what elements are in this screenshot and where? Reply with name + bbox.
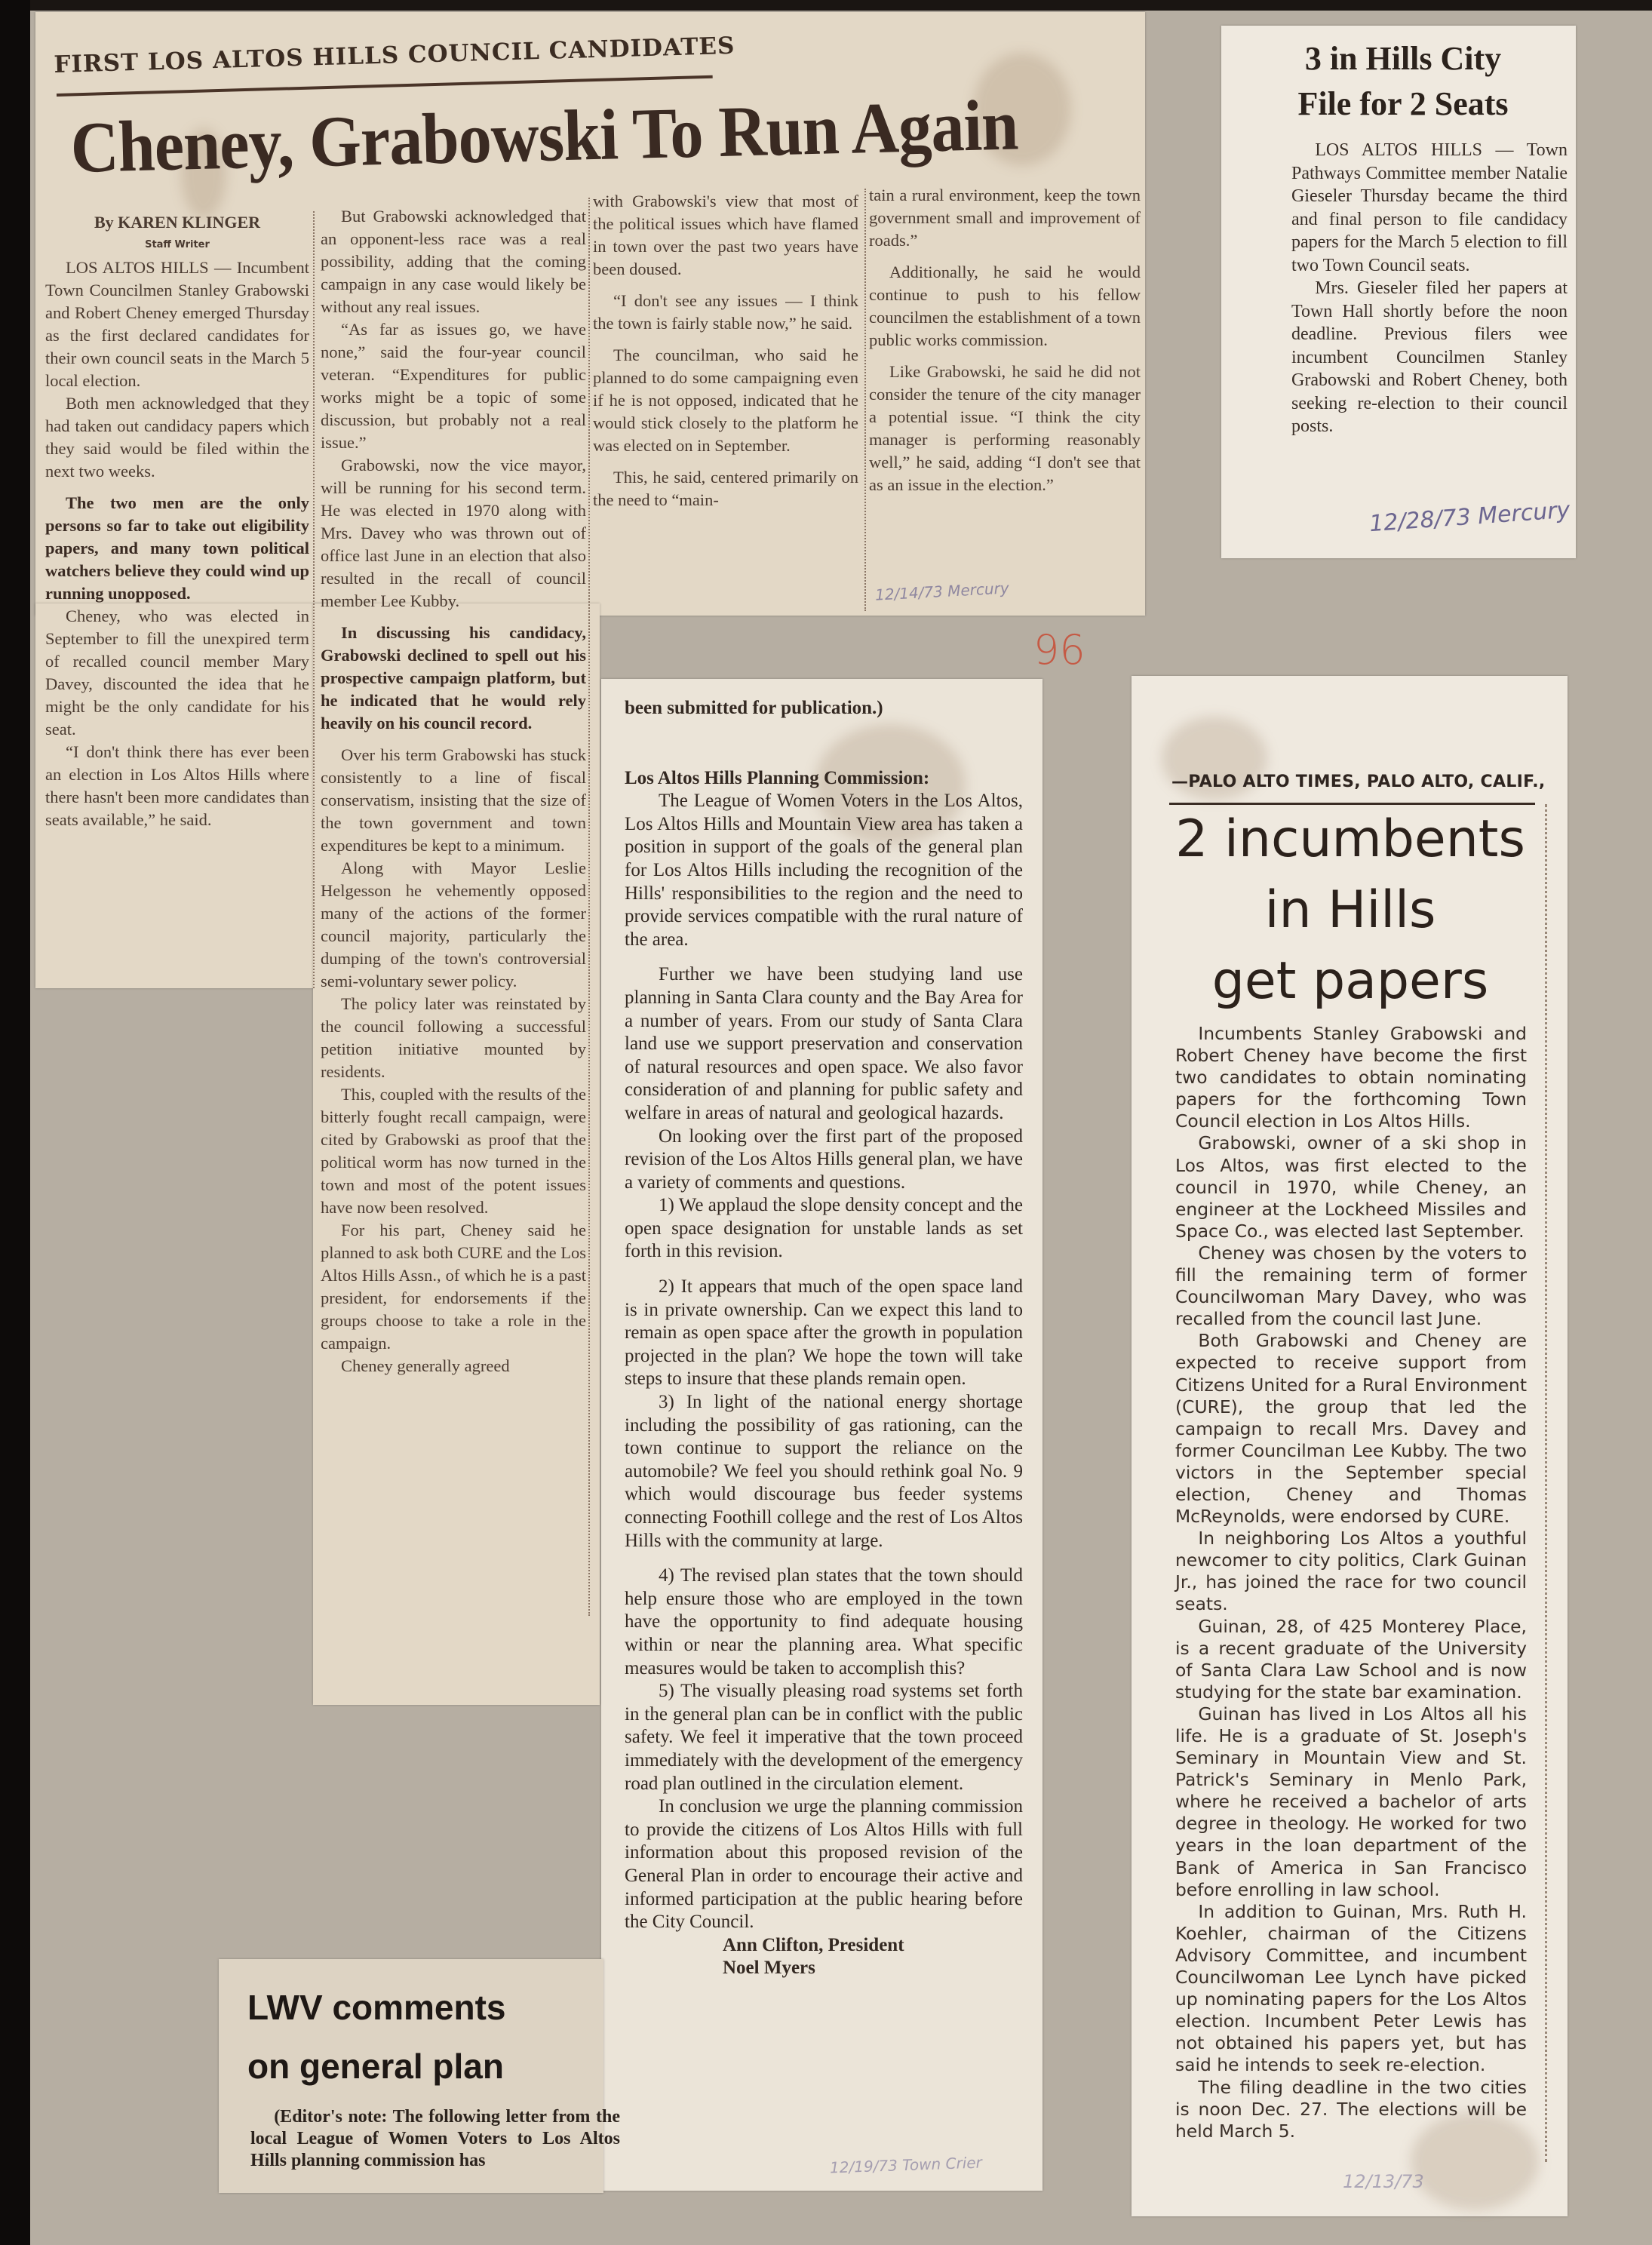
editors-note: (Editor's note: The following letter fro… bbox=[250, 2106, 620, 2172]
paragraph: Incumbents Stanley Grabowski and Robert … bbox=[1175, 1023, 1527, 1132]
paragraph: In addition to Guinan, Mrs. Ruth H. Koeh… bbox=[1175, 1901, 1527, 2077]
paragraph: LOS ALTOS HILLS — Town Pathways Committe… bbox=[1291, 139, 1568, 277]
headline-line-2: in Hills bbox=[1162, 875, 1539, 946]
headline-line-3: get papers bbox=[1162, 946, 1539, 1017]
paragraph: But Grabowski acknowledged that an oppon… bbox=[321, 205, 586, 318]
lwv-letter-body: been submitted for publication.) Los Alt… bbox=[625, 697, 1023, 1980]
page-top-edge bbox=[30, 0, 1652, 11]
paragraph: The councilman, who said he planned to d… bbox=[593, 344, 858, 457]
mercury-body: LOS ALTOS HILLS — Town Pathways Committe… bbox=[1291, 139, 1568, 438]
signature: Ann Clifton, President bbox=[625, 1934, 1023, 1958]
page-number: 96 bbox=[1033, 626, 1085, 674]
headline-line-1: 3 in Hills City bbox=[1237, 36, 1569, 81]
mercury-headline: 3 in Hills City File for 2 Seats bbox=[1237, 36, 1569, 127]
paragraph: Guinan has lived in Los Altos all his li… bbox=[1175, 1703, 1527, 1901]
paragraph: This, coupled with the results of the bi… bbox=[321, 1083, 586, 1219]
article-column-3: with Grabowski's view that most of the p… bbox=[593, 190, 858, 511]
paragraph: with Grabowski's view that most of the p… bbox=[593, 190, 858, 281]
paragraph: 5) The visually pleasing road systems se… bbox=[625, 1680, 1023, 1795]
paragraph: Guinan, 28, of 425 Monterey Place, is a … bbox=[1175, 1616, 1527, 1703]
editors-note-continuation: been submitted for publication.) bbox=[625, 697, 1023, 720]
article-column-4: tain a rural environment, keep the town … bbox=[869, 184, 1141, 496]
byline: By KAREN KLINGER bbox=[45, 211, 309, 234]
headline-line-1: LWV comments bbox=[247, 1978, 506, 2037]
paragraph: Cheney generally agreed bbox=[321, 1355, 586, 1377]
letter-salutation: Los Altos Hills Planning Commission: bbox=[625, 767, 1023, 791]
headline-line-1: 2 incumbents bbox=[1162, 804, 1539, 875]
paragraph: Cheney was chosen by the voters to fill … bbox=[1175, 1242, 1527, 1330]
column-divider bbox=[313, 211, 315, 988]
paragraph: LOS ALTOS HILLS — Incumbent Town Council… bbox=[45, 256, 309, 392]
paragraph: Both men acknowledged that they had take… bbox=[45, 392, 309, 483]
article-column-2: But Grabowski acknowledged that an oppon… bbox=[321, 205, 586, 1377]
byline-role: Staff Writer bbox=[45, 234, 309, 256]
headline-line-2: File for 2 Seats bbox=[1237, 81, 1569, 127]
paragraph: Further we have been studying land use p… bbox=[625, 963, 1023, 1125]
handwritten-date-note: 12/13/73 bbox=[1343, 2171, 1424, 2192]
palo-alto-body: Incumbents Stanley Grabowski and Robert … bbox=[1175, 1023, 1527, 2142]
paragraph: The policy later was reinstated by the c… bbox=[321, 993, 586, 1083]
paragraph: For his part, Cheney said he planned to … bbox=[321, 1219, 586, 1355]
paragraph: 1) We applaud the slope density concept … bbox=[625, 1194, 1023, 1264]
paragraph: Like Grabowski, he said he did not consi… bbox=[869, 361, 1141, 496]
paragraph: The two men are the only persons so far … bbox=[45, 492, 309, 605]
lwv-headline: LWV comments on general plan bbox=[247, 1978, 506, 2096]
paragraph: 4) The revised plan states that the town… bbox=[625, 1565, 1023, 1680]
paragraph: Along with Mayor Leslie Helgesson he veh… bbox=[321, 857, 586, 993]
paragraph: In conclusion we urge the planning commi… bbox=[625, 1795, 1023, 1934]
column-divider bbox=[864, 189, 867, 611]
paragraph: Grabowski, owner of a ski shop in Los Al… bbox=[1175, 1132, 1527, 1242]
paragraph: In neighboring Los Altos a youthful newc… bbox=[1175, 1528, 1527, 1615]
paragraph: 3) In light of the national energy short… bbox=[625, 1391, 1023, 1552]
paragraph: 2) It appears that much of the open spac… bbox=[625, 1276, 1023, 1391]
paragraph: Mrs. Gieseler filed her papers at Town H… bbox=[1291, 277, 1568, 438]
article-column-1: By KAREN KLINGER Staff Writer LOS ALTOS … bbox=[45, 211, 309, 831]
clipping-perforated-edge bbox=[1545, 804, 1547, 2162]
paragraph: Additionally, he said he would continue … bbox=[869, 261, 1141, 352]
paragraph: On looking over the first part of the pr… bbox=[625, 1126, 1023, 1195]
column-divider bbox=[588, 198, 591, 1616]
paragraph: “As far as issues go, we have none,” sai… bbox=[321, 318, 586, 454]
paragraph: The League of Women Voters in the Los Al… bbox=[625, 790, 1023, 951]
paragraph: This, he said, centered primarily on the… bbox=[593, 466, 858, 511]
paragraph: “I don't see any issues — I think the to… bbox=[593, 290, 858, 335]
palo-alto-headline: 2 incumbents in Hills get papers bbox=[1162, 804, 1539, 1017]
paragraph: “I don't think there has ever been an el… bbox=[45, 741, 309, 831]
newspaper-dateline: —PALO ALTO TIMES, PALO ALTO, CALIF., bbox=[1171, 772, 1546, 791]
paragraph: Cheney, who was elected in September to … bbox=[45, 605, 309, 741]
headline-line-2: on general plan bbox=[247, 2037, 506, 2096]
signature: Noel Myers bbox=[625, 1957, 1023, 1980]
paragraph: Both Grabowski and Cheney are expected t… bbox=[1175, 1330, 1527, 1528]
paragraph: The filing deadline in the two cities is… bbox=[1175, 2077, 1527, 2142]
paragraph: tain a rural environment, keep the town … bbox=[869, 184, 1141, 252]
paragraph: Over his term Grabowski has stuck consis… bbox=[321, 744, 586, 857]
paragraph: Grabowski, now the vice mayor, will be r… bbox=[321, 454, 586, 613]
paragraph: In discussing his candidacy, Grabowski d… bbox=[321, 622, 586, 735]
